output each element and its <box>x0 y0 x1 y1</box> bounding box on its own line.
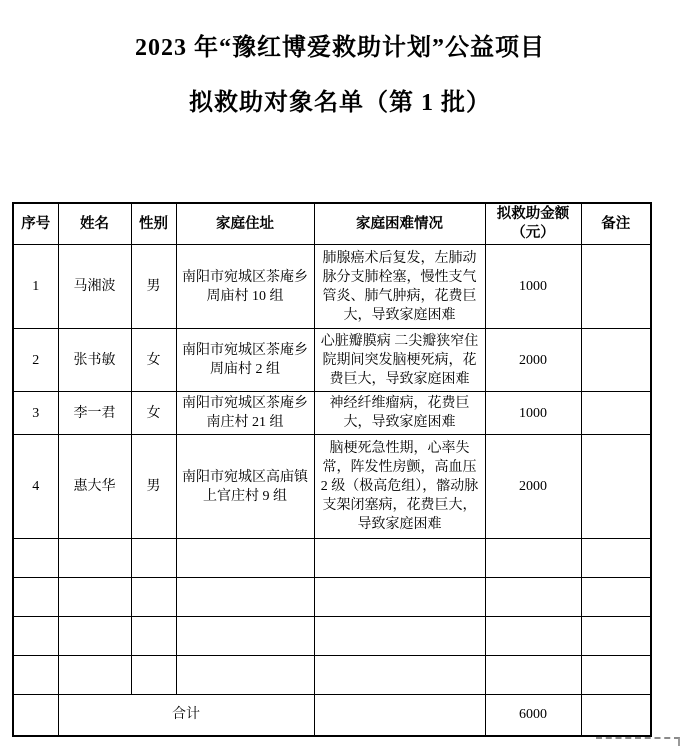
cell-situation: 神经纤维瘤病，花费巨大，导致家庭困难 <box>314 392 485 435</box>
header-name: 姓名 <box>58 203 131 245</box>
cell-note <box>581 329 651 392</box>
cell-situation: 脑梗死急性期，心率失常，阵发性房颤，高血压 2 级（极高危组），髂动脉支架闭塞病… <box>314 435 485 539</box>
header-address: 家庭住址 <box>176 203 314 245</box>
title-line-1: 2023 年“豫红博爱救助计划”公益项目 <box>0 33 680 63</box>
header-amount: 拟救助金额 （元） <box>485 203 581 245</box>
header-gender: 性别 <box>131 203 176 245</box>
cell-name: 李一君 <box>58 392 131 435</box>
total-situation-cell <box>314 695 485 736</box>
cell-name: 惠大华 <box>58 435 131 539</box>
title-line-2: 拟救助对象名单（第 1 批） <box>0 88 680 118</box>
empty-row <box>13 656 651 695</box>
cell-situation: 心脏瓣膜病 二尖瓣狭窄住院期间突发脑梗死病，花费巨大，导致家庭困难 <box>314 329 485 392</box>
cell-address: 南阳市宛城区茶庵乡 南庄村 21 组 <box>176 392 314 435</box>
cell-amount: 2000 <box>485 435 581 539</box>
total-row: 合计 6000 <box>13 695 651 736</box>
document-title: 2023 年“豫红博爱救助计划”公益项目 拟救助对象名单（第 1 批） <box>0 33 680 118</box>
page-edge-dashed-artifact <box>596 737 680 746</box>
cell-name: 张书敏 <box>58 329 131 392</box>
table-header-row: 序号 姓名 性别 家庭住址 家庭困难情况 拟救助金额 （元） 备注 <box>13 203 651 245</box>
cell-amount: 2000 <box>485 329 581 392</box>
cell-gender: 男 <box>131 245 176 329</box>
cell-amount: 1000 <box>485 392 581 435</box>
document-page: 2023 年“豫红博爱救助计划”公益项目 拟救助对象名单（第 1 批） 序号 姓… <box>0 0 680 755</box>
header-note: 备注 <box>581 203 651 245</box>
cell-gender: 女 <box>131 329 176 392</box>
cell-name: 马湘波 <box>58 245 131 329</box>
cell-note <box>581 245 651 329</box>
total-label-cell: 合计 <box>58 695 314 736</box>
cell-situation: 肺腺癌术后复发，左肺动脉分支肺栓塞，慢性支气管炎、肺气肿病，花费巨大，导致家庭困… <box>314 245 485 329</box>
cell-amount: 1000 <box>485 245 581 329</box>
table-row: 1 马湘波 男 南阳市宛城区茶庵乡 周庙村 10 组 肺腺癌术后复发，左肺动脉分… <box>13 245 651 329</box>
cell-address: 南阳市宛城区茶庵乡 周庙村 10 组 <box>176 245 314 329</box>
total-amount-cell: 6000 <box>485 695 581 736</box>
header-no: 序号 <box>13 203 58 245</box>
cell-gender: 女 <box>131 392 176 435</box>
cell-address: 南阳市宛城区高庙镇 上官庄村 9 组 <box>176 435 314 539</box>
table-row: 2 张书敏 女 南阳市宛城区茶庵乡 周庙村 2 组 心脏瓣膜病 二尖瓣狭窄住院期… <box>13 329 651 392</box>
header-situation: 家庭困难情况 <box>314 203 485 245</box>
empty-row <box>13 617 651 656</box>
table-row: 4 惠大华 男 南阳市宛城区高庙镇 上官庄村 9 组 脑梗死急性期，心率失常，阵… <box>13 435 651 539</box>
total-no-cell <box>13 695 58 736</box>
cell-gender: 男 <box>131 435 176 539</box>
empty-row <box>13 578 651 617</box>
cell-note <box>581 392 651 435</box>
aid-recipients-table: 序号 姓名 性别 家庭住址 家庭困难情况 拟救助金额 （元） 备注 1 马湘波 … <box>12 202 652 737</box>
cell-address: 南阳市宛城区茶庵乡 周庙村 2 组 <box>176 329 314 392</box>
cell-note <box>581 435 651 539</box>
total-note-cell <box>581 695 651 736</box>
cell-no: 1 <box>13 245 58 329</box>
table-row: 3 李一君 女 南阳市宛城区茶庵乡 南庄村 21 组 神经纤维瘤病，花费巨大，导… <box>13 392 651 435</box>
empty-row <box>13 539 651 578</box>
cell-no: 3 <box>13 392 58 435</box>
cell-no: 4 <box>13 435 58 539</box>
cell-no: 2 <box>13 329 58 392</box>
